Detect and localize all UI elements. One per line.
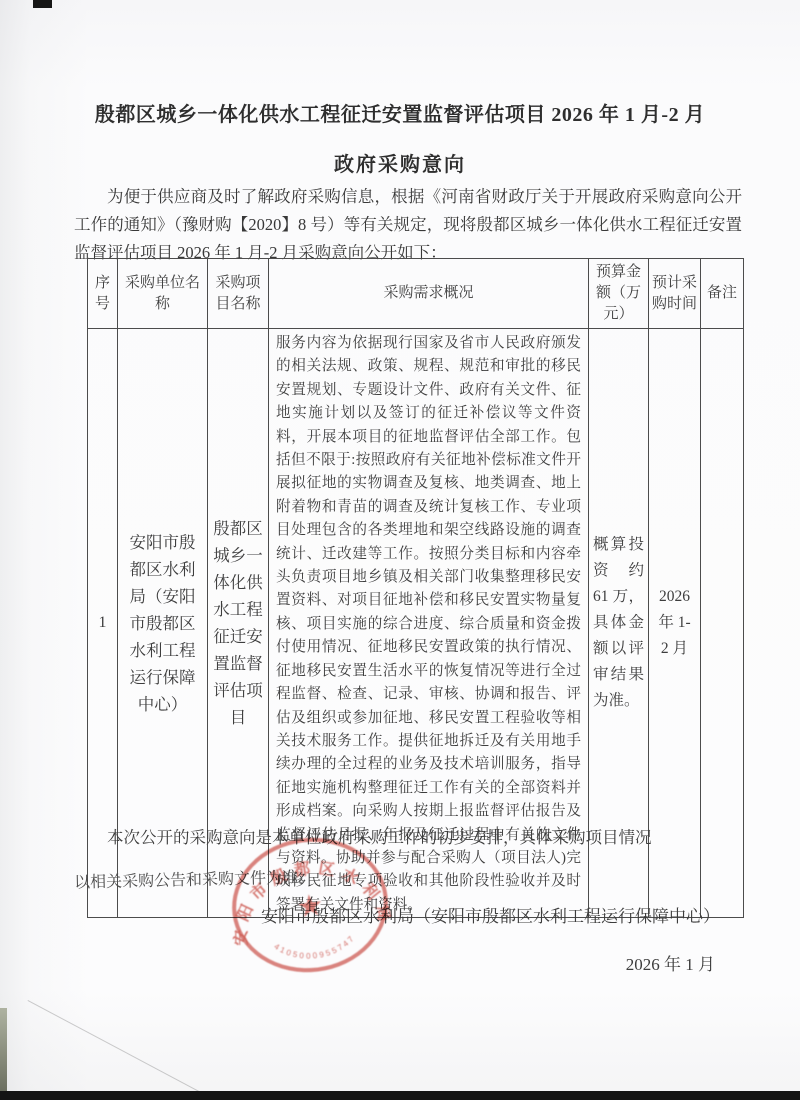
procurement-table: 序号 采购单位名称 采购项目名称 采购需求概况 预算金额（万元） 预计采购时间 …: [87, 258, 744, 918]
scanned-document-page: 殷都区城乡一体化供水工程征迁安置监督评估项目 2026 年 1 月-2 月 政府…: [0, 0, 800, 1100]
document-title-line2: 政府采购意向: [0, 148, 800, 177]
header-note: 备注: [701, 259, 744, 329]
scan-artifact-top: [33, 0, 52, 8]
header-budget: 预算金额（万元）: [589, 259, 649, 329]
scan-artifact-left: [0, 1008, 7, 1091]
official-seal-icon: 安阳市殷都区水利局 ★ 4105000955747: [216, 820, 403, 990]
closing-paragraph-line1: 本次公开的采购意向是本单位政府采购工作的初步安排，具体采购项目情况: [74, 824, 742, 848]
header-unit: 采购单位名称: [118, 259, 208, 329]
document-title-line1: 殷都区城乡一体化供水工程征迁安置监督评估项目 2026 年 1 月-2 月: [0, 98, 800, 127]
header-summary: 采购需求概况: [269, 259, 589, 329]
table-header-row: 序号 采购单位名称 采购项目名称 采购需求概况 预算金额（万元） 预计采购时间 …: [88, 259, 744, 329]
procurement-table-container: 序号 采购单位名称 采购项目名称 采购需求概况 预算金额（万元） 预计采购时间 …: [87, 258, 743, 918]
seal-star-icon: ★: [295, 888, 326, 924]
document-date: 2026 年 1 月: [626, 950, 715, 975]
header-seq: 序号: [88, 259, 118, 329]
intro-paragraph: 为便于供应商及时了解政府采购信息，根据《河南省财政厅关于开展政府采购意向公开工作…: [74, 183, 742, 267]
scan-artifact-bottom: [0, 1091, 800, 1100]
header-project: 采购项目名称: [208, 259, 269, 329]
scan-crease-line: [28, 1000, 223, 1100]
header-time: 预计采购时间: [649, 259, 701, 329]
